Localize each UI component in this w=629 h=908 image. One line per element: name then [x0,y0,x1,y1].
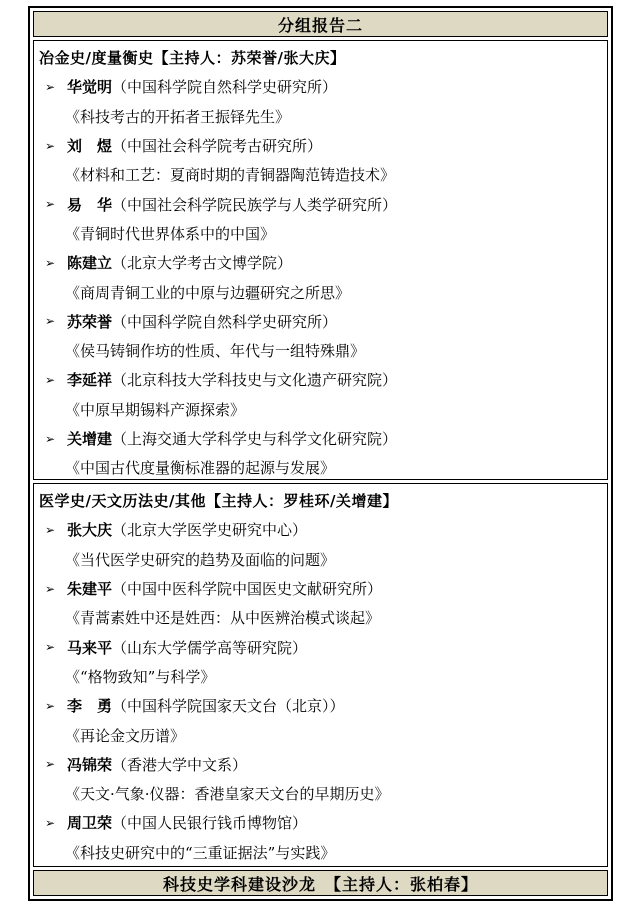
speaker-affiliation: （中国科学院自然科学史研究所） [112,76,337,97]
speaker-line: ➢ 朱建平 （中国中医科学院中国医史文献研究所） [39,574,603,603]
report-title-band: 分组报告二 [33,11,608,37]
speaker-line: ➢ 张大庆 （北京大学医学史研究中心） [39,515,603,544]
speaker-name: 苏荣誉 [67,311,112,332]
presentation-title: 《“格物致知”与科学》 [39,662,603,691]
speaker-affiliation: （北京大学医学史研究中心） [112,519,307,540]
presentation-title: 《材料和工艺：夏商时期的青铜器陶范铸造技术》 [39,160,603,189]
speaker-line: ➢ 周卫荣 （中国人民银行钱币博物馆） [39,808,603,837]
speaker-affiliation: （中国中医科学院中国医史文献研究所） [112,578,382,599]
section-header: 医学史/天文历法史/其他【主持人：罗桂环/关增建】 [39,486,603,515]
speaker-name: 李延祥 [67,369,112,390]
session-section-medicine-astronomy: 医学史/天文历法史/其他【主持人：罗桂环/关增建】 ➢ 张大庆 （北京大学医学史… [33,483,608,867]
speaker-name: 周卫荣 [67,812,112,833]
speaker-name: 马来平 [67,637,112,658]
arrow-bullet-icon: ➢ [45,80,67,94]
arrow-bullet-icon: ➢ [45,197,67,211]
closing-title: 科技史学科建设沙龙 【主持人：张柏春】 [163,872,478,895]
arrow-bullet-icon: ➢ [45,256,67,270]
arrow-bullet-icon: ➢ [45,816,67,830]
closing-band: 科技史学科建设沙龙 【主持人：张柏春】 [33,870,608,896]
speaker-line: ➢ 陈建立 （北京大学考古文博学院） [39,248,603,277]
speaker-line: ➢ 李 勇 （中国科学院国家天文台（北京）） [39,691,603,720]
speaker-affiliation: （中国人民银行钱币博物馆） [112,812,307,833]
presentation-title: 《商周青铜工业的中原与边疆研究之所思》 [39,277,603,306]
speaker-affiliation: （中国科学院自然科学史研究所） [112,311,337,332]
presentation-title: 《青蒿素姓中还是姓西：从中医辨治模式谈起》 [39,603,603,632]
speaker-affiliation: （中国社会科学院民族学与人类学研究所） [112,194,397,215]
speaker-line: ➢ 华觉明 （中国科学院自然科学史研究所） [39,72,603,101]
speaker-line: ➢ 冯锦荣 （香港大学中文系） [39,750,603,779]
presentation-title: 《中原早期锡料产源探索》 [39,395,603,424]
presentation-title: 《天文·气象·仪器：香港皇家天文台的早期历史》 [39,779,603,808]
presentation-title: 《科技史研究中的“三重证据法”与实践》 [39,838,603,867]
presentation-title: 《当代医学史研究的趋势及面临的问题》 [39,545,603,574]
arrow-bullet-icon: ➢ [45,699,67,713]
arrow-bullet-icon: ➢ [45,523,67,537]
arrow-bullet-icon: ➢ [45,582,67,596]
speaker-affiliation: （北京大学考古文博学院） [112,252,292,273]
speaker-affiliation: （中国科学院国家天文台（北京）） [112,695,345,716]
page-title: 分组报告二 [278,13,363,36]
speaker-line: ➢ 刘 煜 （中国社会科学院考古研究所） [39,131,603,160]
speaker-affiliation: （北京科技大学科技史与文化遗产研究院） [112,369,397,390]
presentation-title: 《青铜时代世界体系中的中国》 [39,219,603,248]
program-table-frame: 分组报告二 冶金史/度量衡史【主持人：苏荣誉/张大庆】 ➢ 华觉明 （中国科学院… [28,6,613,901]
arrow-bullet-icon: ➢ [45,314,67,328]
speaker-name: 陈建立 [67,252,112,273]
speaker-affiliation: （山东大学儒学高等研究院） [112,637,307,658]
section-header: 冶金史/度量衡史【主持人：苏荣誉/张大庆】 [39,43,603,72]
speaker-name: 朱建平 [67,578,112,599]
speaker-name: 李 勇 [67,695,112,716]
speaker-affiliation: （中国社会科学院考古研究所） [112,135,322,156]
presentation-title: 《科技考古的开拓者王振铎先生》 [39,102,603,131]
speaker-name: 华觉明 [67,76,112,97]
speaker-name: 关增建 [67,428,112,449]
speaker-line: ➢ 李延祥 （北京科技大学科技史与文化遗产研究院） [39,365,603,394]
speaker-name: 易 华 [67,194,112,215]
arrow-bullet-icon: ➢ [45,640,67,654]
speaker-name: 刘 煜 [67,135,112,156]
arrow-bullet-icon: ➢ [45,139,67,153]
speaker-name: 冯锦荣 [67,754,112,775]
speaker-affiliation: （香港大学中文系） [112,754,247,775]
arrow-bullet-icon: ➢ [45,757,67,771]
presentation-title: 《侯马铸铜作坊的性质、年代与一组特殊鼎》 [39,336,603,365]
speaker-line: ➢ 马来平 （山东大学儒学高等研究院） [39,632,603,661]
presentation-title: 《中国古代度量衡标准器的起源与发展》 [39,453,603,480]
speaker-affiliation: （上海交通大学科学史与科学文化研究院） [112,428,397,449]
session-section-metallurgy: 冶金史/度量衡史【主持人：苏荣誉/张大庆】 ➢ 华觉明 （中国科学院自然科学史研… [33,40,608,480]
speaker-line: ➢ 苏荣誉 （中国科学院自然科学史研究所） [39,307,603,336]
speaker-line: ➢ 易 华 （中国社会科学院民族学与人类学研究所） [39,189,603,218]
arrow-bullet-icon: ➢ [45,373,67,387]
speaker-line: ➢ 关增建 （上海交通大学科学史与科学文化研究院） [39,424,603,453]
speaker-name: 张大庆 [67,519,112,540]
presentation-title: 《再论金文历谱》 [39,720,603,749]
arrow-bullet-icon: ➢ [45,432,67,446]
